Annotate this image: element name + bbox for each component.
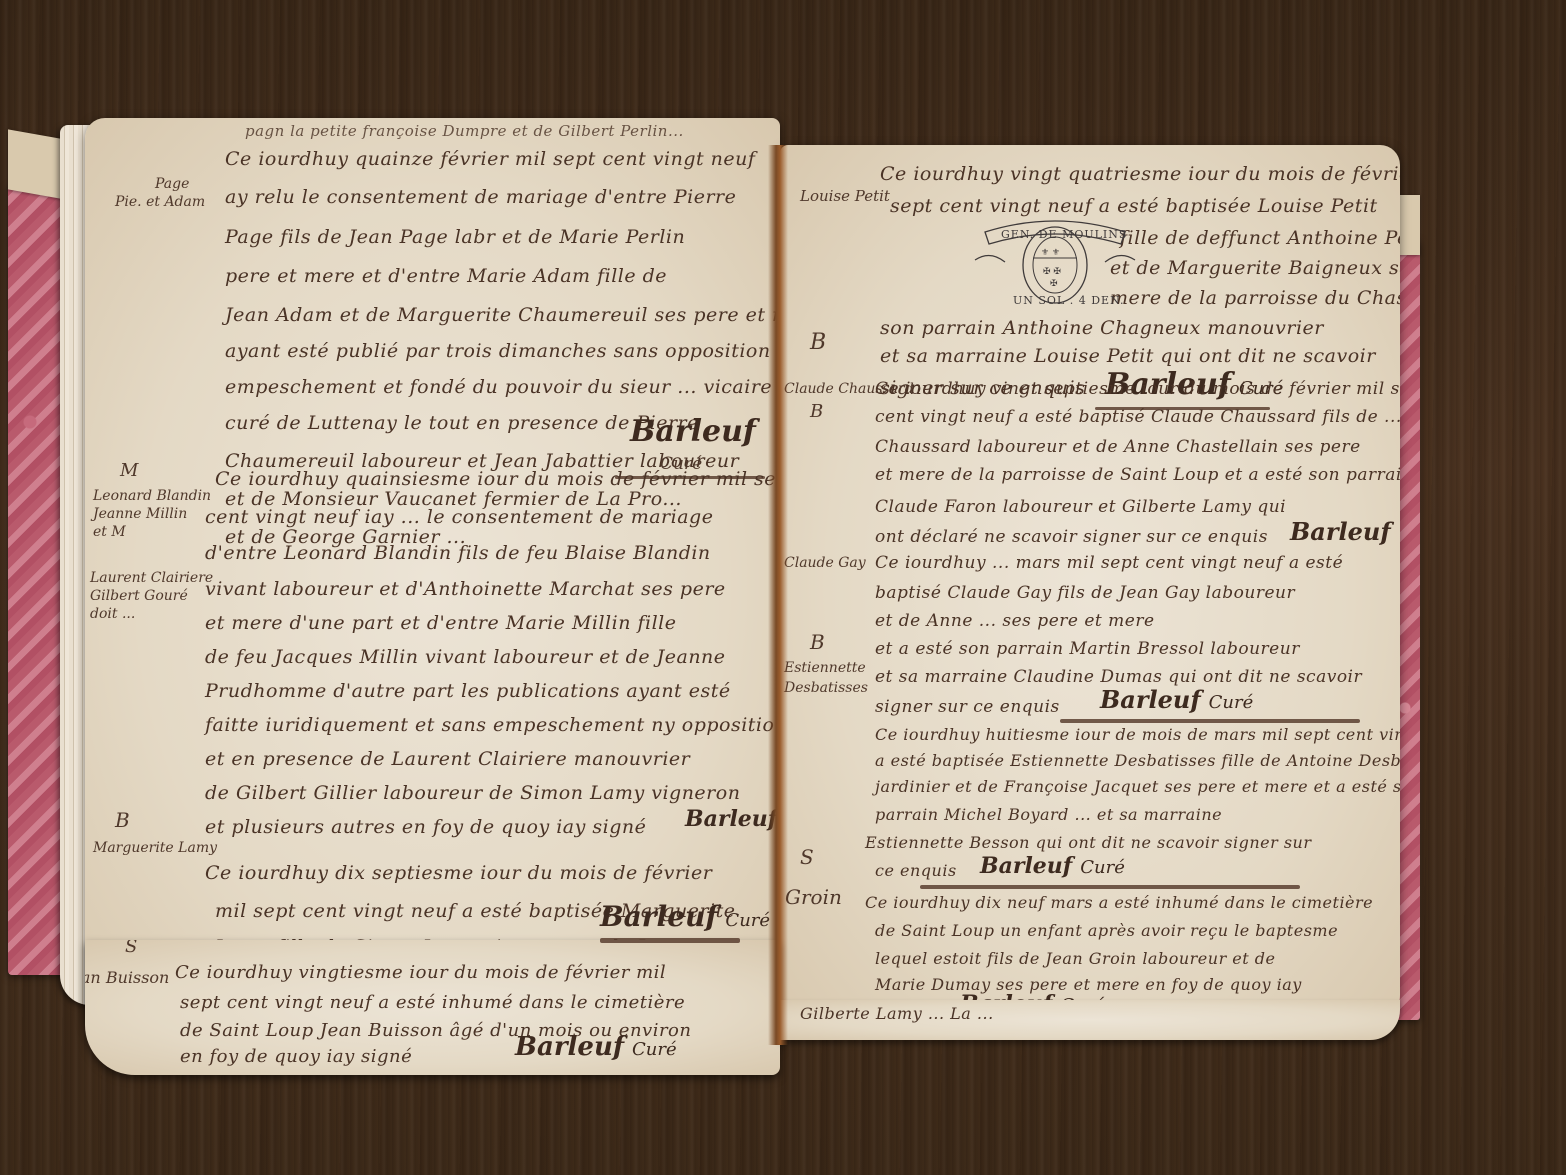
- entry-line: sept cent vingt neuf a esté inhumé dans …: [180, 992, 685, 1013]
- right-page-lower: Gilberte Lamy ... La ...: [780, 1000, 1400, 1040]
- entry-line: ce enquis: [875, 861, 957, 880]
- entry-line: Ce iourdhuy quainze février mil sept cen…: [225, 148, 755, 170]
- margin-note: S: [125, 940, 137, 957]
- margin-note: Louise Petit: [800, 187, 890, 205]
- entry-line: curé de Luttenay le tout en presence de …: [225, 412, 699, 434]
- header-line: pagn la petite françoise Dumpre et de Gi…: [245, 122, 684, 140]
- entry-line: vivant laboureur et d'Anthoinette Marcha…: [205, 578, 726, 600]
- entry-line: Prudhomme d'autre part les publications …: [205, 680, 731, 702]
- entry-line: mere de la parroisse du Chassorlat et a …: [1110, 287, 1400, 309]
- entry-line: en foy de quoy iay signé: [180, 1046, 412, 1067]
- svg-text:⚜ ⚜: ⚜ ⚜: [1041, 248, 1060, 258]
- margin-note: et M: [93, 524, 126, 540]
- margin-note: B: [810, 401, 823, 422]
- book-spine-gutter: [768, 145, 788, 1045]
- entry-line: ont déclaré ne scavoir signer sur ce enq…: [875, 527, 1268, 547]
- entry-line: lequel estoit fils de Jean Groin laboure…: [875, 949, 1276, 968]
- curate-signature: Barleuf: [1290, 517, 1391, 546]
- entry-line: d'entre Leonard Blandin fils de feu Blai…: [205, 542, 711, 564]
- entry-line: baptisé Claude Gay fils de Jean Gay labo…: [875, 583, 1295, 603]
- entry-line: et sa marraine Claudine Dumas qui ont di…: [875, 667, 1362, 687]
- margin-note: B: [810, 630, 825, 654]
- entry-line: parrain Michel Boyard ... et sa marraine: [875, 805, 1222, 824]
- entry-line: Chaussard laboureur et de Anne Chastella…: [875, 437, 1361, 457]
- entry-line: Ce iourdhuy dix septiesme iour du mois d…: [205, 862, 712, 884]
- entry-line: son parrain Anthoine Chagneux manouvrier: [880, 317, 1324, 339]
- entry-line: et plusieurs autres en foy de quoy iay s…: [205, 816, 646, 838]
- margin-note: Jeanne Millin: [93, 506, 187, 522]
- margin-note: S: [800, 845, 814, 869]
- svg-text:✠ ✠: ✠ ✠: [1043, 267, 1061, 277]
- margin-note: Laurent Clairiere: [90, 570, 213, 586]
- entry-line: ay relu le consentement de mariage d'ent…: [225, 186, 736, 208]
- entry-line: faitte iuridiquement et sans empeschemen…: [205, 714, 780, 736]
- margin-note: B: [115, 808, 130, 832]
- entry-line: ayant esté publié par trois dimanches sa…: [225, 340, 780, 362]
- entry-line: Ce iourdhuy dix neuf mars a esté inhumé …: [865, 893, 1373, 912]
- entry-line: Ce iourdhuy ... mars mil sept cent vingt…: [875, 553, 1343, 573]
- entry-line: Ce iourdhuy vingt septiesme iour du mois…: [875, 379, 1400, 399]
- entry-line: a esté baptisée Estiennette Desbatisses …: [875, 751, 1400, 770]
- entry-line: cent vingt neuf iay ... le consentement …: [205, 506, 713, 528]
- margin-note: Gilbert Gouré: [90, 588, 188, 604]
- entry-line: Estiennette Besson qui ont dit ne scavoi…: [865, 833, 1311, 852]
- entry-line: de Gilbert Gillier laboureur de Simon La…: [205, 782, 740, 804]
- entry-line: et mere d'une part et d'entre Marie Mill…: [205, 612, 677, 634]
- curate-signature: BarleufCuré: [515, 1032, 677, 1062]
- left-page-lower: S Jean Buisson Ce iourdhuy vingtiesme io…: [85, 940, 780, 1075]
- tax-stamp-icon: GEN. DE MOULINS ⚜ ⚜ ✠ ✠ ✠ UN SOL . 4 DEN…: [965, 200, 1145, 310]
- entry-line: Ce iourdhuy quainsiesme iour du mois de …: [215, 468, 780, 490]
- entry-line: fille de deffunct Anthoine Petit: [1120, 227, 1400, 249]
- entry-line: et a esté son parrain Martin Bressol lab…: [875, 639, 1300, 659]
- entry-line: Ce iourdhuy vingt quatriesme iour du moi…: [880, 163, 1400, 185]
- entry-line: Jean Adam et de Marguerite Chaumereuil s…: [225, 304, 780, 326]
- entry-line: et sa marraine Louise Petit qui ont dit …: [880, 345, 1376, 367]
- entry-line: pere et mere et d'entre Marie Adam fille…: [225, 265, 667, 287]
- signature-flourish: [920, 885, 1300, 889]
- margin-note: Groin: [785, 885, 842, 909]
- margin-note: Claude Gay: [784, 555, 866, 571]
- entry-line: de Saint Loup un enfant après avoir reçu…: [875, 921, 1338, 940]
- signature-flourish: [600, 938, 740, 943]
- margin-note: doit ...: [90, 606, 135, 622]
- margin-note: B: [810, 330, 826, 355]
- svg-text:✠: ✠: [1050, 279, 1058, 289]
- entry-line: de feu Jacques Millin vivant laboureur e…: [205, 646, 726, 668]
- entry-line: Ce iourdhuy huitiesme iour de mois de ma…: [875, 725, 1400, 744]
- curate-signature: Barleuf: [685, 806, 777, 832]
- entry-line: et en presence de Laurent Clairiere mano…: [205, 748, 690, 770]
- signature-flourish: [1060, 719, 1360, 723]
- entry-line: Page fils de Jean Page labr et de Marie …: [225, 226, 685, 248]
- margin-note: Page: [155, 176, 189, 192]
- curate-signature: BarleufCuré: [980, 853, 1125, 879]
- curate-signature: Barleuf: [630, 414, 756, 449]
- margin-note: Estiennette: [784, 660, 866, 676]
- margin-note: M: [120, 460, 138, 481]
- footer-line: Gilberte Lamy ... La ...: [800, 1004, 994, 1023]
- entry-line: cent vingt neuf a esté baptisé Claude Ch…: [875, 407, 1400, 427]
- entry-line: empeschement et fondé du pouvoir du sieu…: [225, 376, 772, 398]
- entry-line: Claude Faron laboureur et Gilberte Lamy …: [875, 497, 1286, 517]
- margin-note: Desbatisses: [784, 680, 868, 696]
- entry-line: jardinier et de Françoise Jacquet ses pe…: [875, 777, 1400, 796]
- margin-note: Marguerite Lamy: [93, 840, 217, 856]
- stamp-bottom-text: UN SOL . 4 DEN.: [1013, 294, 1125, 307]
- entry-line: et de Anne ... ses pere et mere: [875, 611, 1155, 631]
- entry-line: et de Marguerite Baigneux sa mere: [1110, 257, 1400, 279]
- entry-line: Ce iourdhuy vingtiesme iour du mois de f…: [175, 962, 666, 983]
- curate-signature: BarleufCuré: [1100, 685, 1253, 714]
- margin-note: Pie. et Adam: [115, 194, 205, 210]
- margin-note: Leonard Blandin: [93, 488, 211, 504]
- entry-line: signer sur ce enquis: [875, 697, 1060, 717]
- margin-note: Jean Buisson: [85, 968, 169, 987]
- curate-signature: BarleufCuré: [600, 900, 770, 933]
- entry-line: et mere de la parroisse de Saint Loup et…: [875, 465, 1400, 485]
